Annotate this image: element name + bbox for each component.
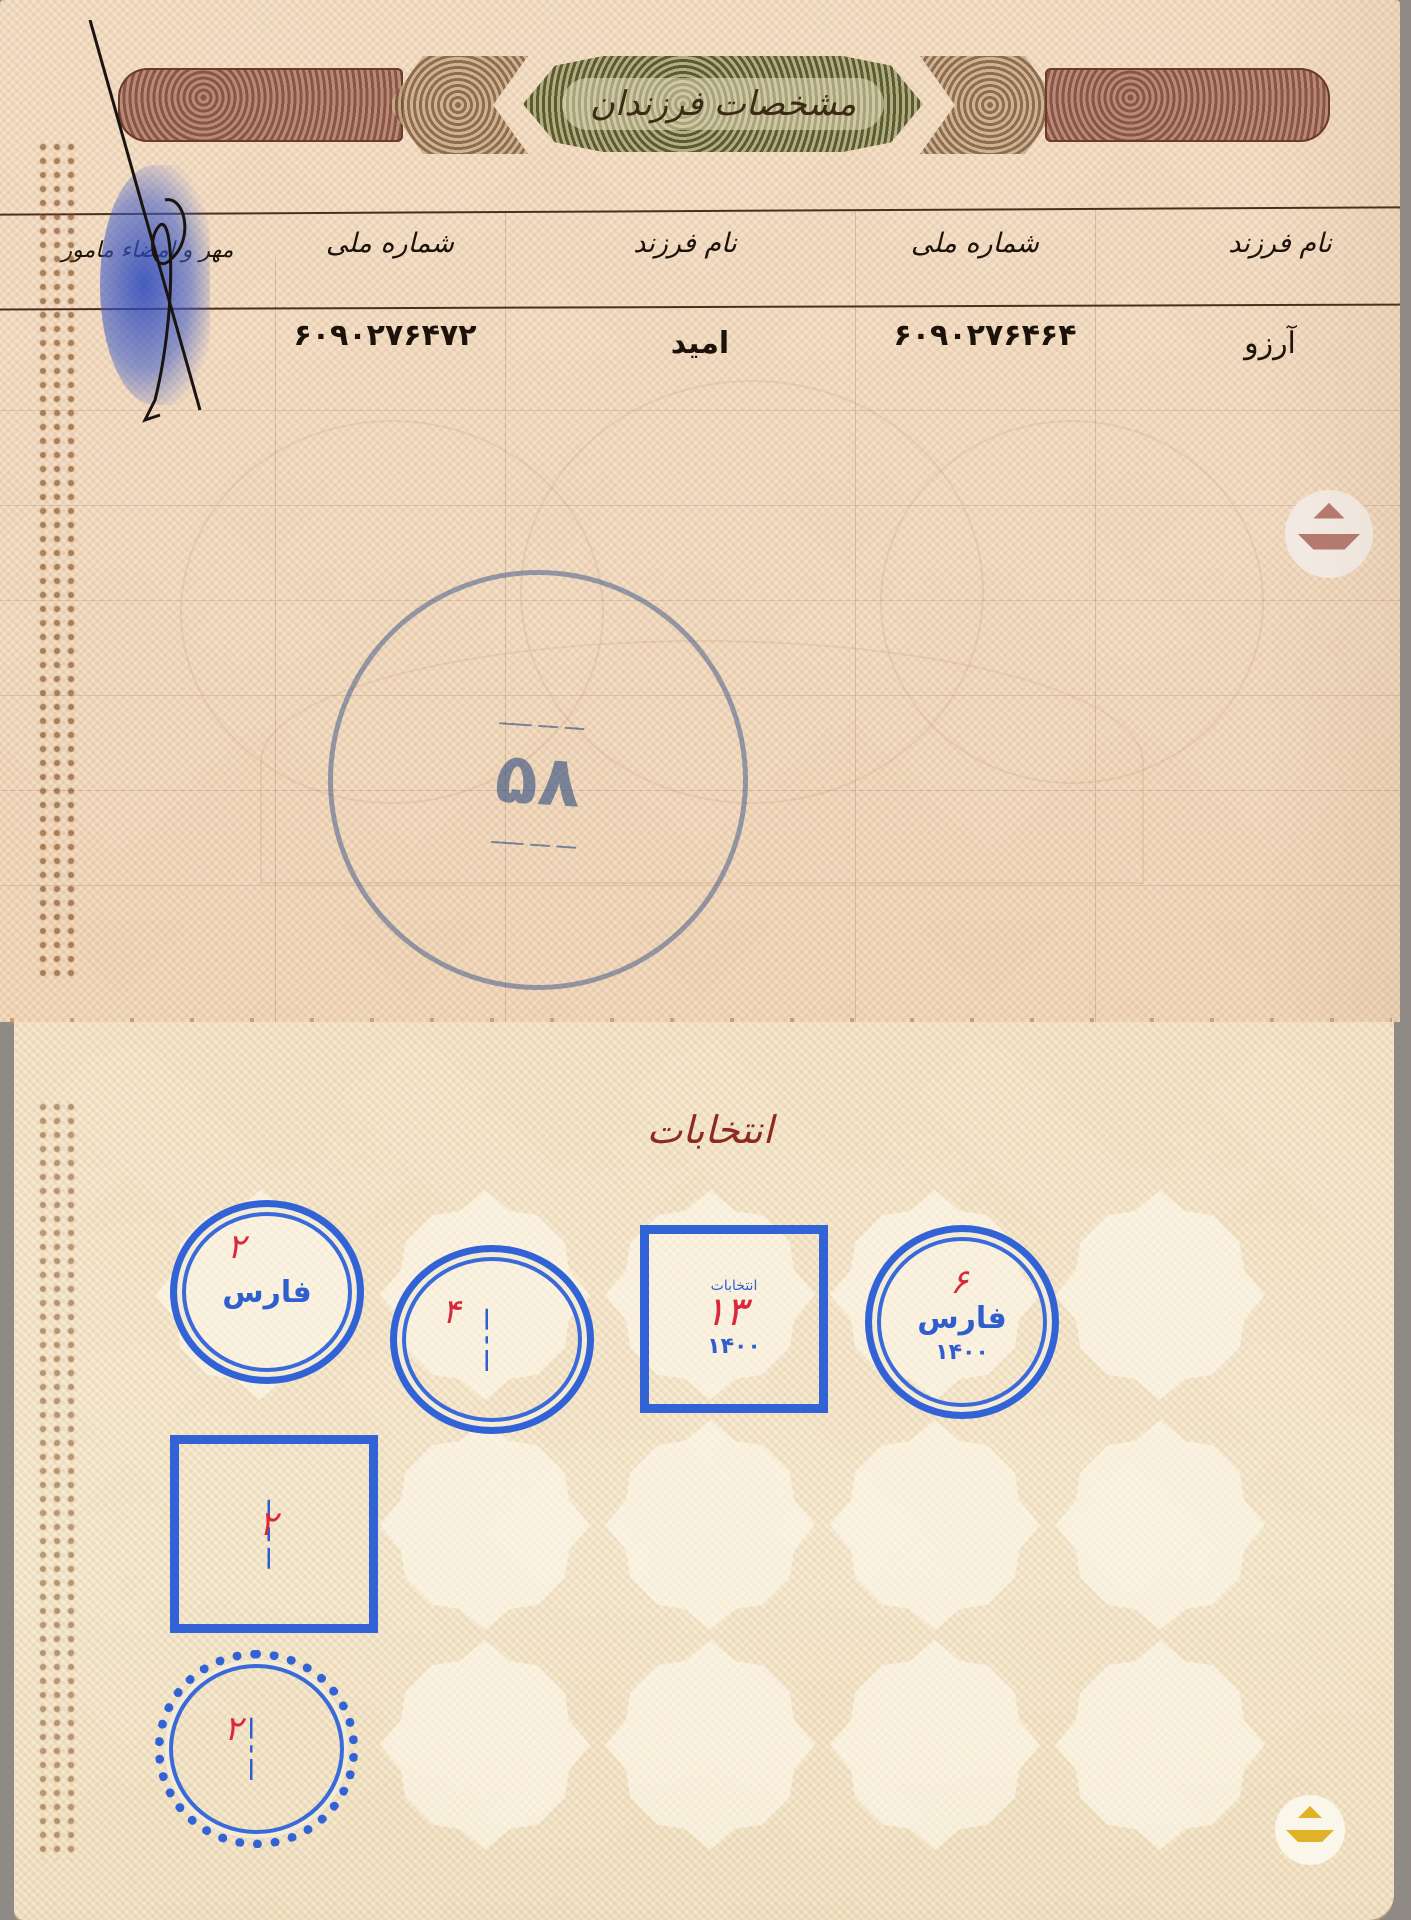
officer-signature (85, 20, 205, 440)
perforated-serial-number (36, 1100, 78, 1860)
child-name-2: امید (630, 326, 770, 361)
security-emblem-icon (1285, 490, 1373, 578)
column-header-child-name-2: نام فرزند (580, 228, 790, 259)
election-stamp-6: ـــ ـ ـــ ۲ (155, 1650, 358, 1848)
faded-stamp-top-text: ـــــ ـــ ـــ (499, 705, 585, 736)
ornament-arabesque-left (388, 56, 528, 154)
stamp-pattern: ـــ ـ ـــ (245, 1718, 268, 1780)
election-stamp-5: ـــ ــ ـــ ۲ (170, 1435, 378, 1633)
handwritten-mark: ۲ (224, 1709, 242, 1749)
column-header-national-id-2: شماره ملی (290, 228, 490, 259)
election-stamp-1: فارس ۲ (170, 1200, 364, 1384)
handwritten-mark: ۲ (259, 1504, 277, 1544)
section-title: انتخابات (600, 1108, 820, 1152)
stamp-year: ۱۴۰۰ (707, 1334, 761, 1359)
header-ornament: مشخصات فرزندان (118, 50, 1330, 160)
grid-line (0, 505, 1400, 506)
faded-stamp-number: ۸۵ (493, 736, 584, 824)
children-details-page: مشخصات فرزندان نام فرزند شماره ملی نام ف… (0, 0, 1400, 1022)
election-stamp-3: انتخابات ۱۴۰۰ ۱۳ (640, 1225, 828, 1413)
grid-line (275, 258, 276, 1028)
child-name-1: آرزو (1205, 326, 1335, 361)
security-emblem-icon (1275, 1795, 1345, 1865)
handwritten-number: ۱۳ (704, 1289, 747, 1335)
election-stamp-4: ۶ فارس ۱۴۰۰ (865, 1225, 1059, 1419)
handwritten-mark: ۴ (442, 1292, 460, 1332)
child-national-id-1: ۶۰۹۰۲۷۶۴۶۴ (855, 318, 1115, 353)
handwritten-number: ۶ (950, 1262, 968, 1302)
faded-stamp-bottom-text: ـــــ ـــ ـــ (491, 824, 577, 855)
stamp-pattern: ـــ ـ ـــ (481, 1309, 504, 1371)
child-national-id-2: ۶۰۹۰۲۷۶۴۷۲ (255, 318, 515, 353)
column-header-child-name-1: نام فرزند (1185, 228, 1375, 259)
passport-spread: مشخصات فرزندان نام فرزند شماره ملی نام ف… (0, 0, 1411, 1920)
ornament-band-right (1045, 68, 1330, 142)
column-header-national-id-1: شماره ملی (870, 228, 1080, 259)
election-stamp-2: ـــ ـ ـــ ۴ (390, 1245, 594, 1434)
grid-line (0, 410, 1400, 411)
ornament-arabesque-right (920, 56, 1060, 154)
page-title: مشخصات فرزندان (562, 78, 884, 130)
stamp-year: ۱۴۰۰ (935, 1340, 989, 1365)
stamp-province: فارس (222, 1275, 312, 1310)
stamp-province: فارس (917, 1301, 1007, 1336)
grid-line (0, 600, 1400, 601)
table-rule-top (0, 206, 1400, 215)
handwritten-mark: ۲ (227, 1227, 245, 1267)
perforated-serial-number (36, 140, 78, 980)
title-cartouche: مشخصات فرزندان (523, 56, 923, 152)
table-rule-header-bottom (0, 304, 1400, 311)
